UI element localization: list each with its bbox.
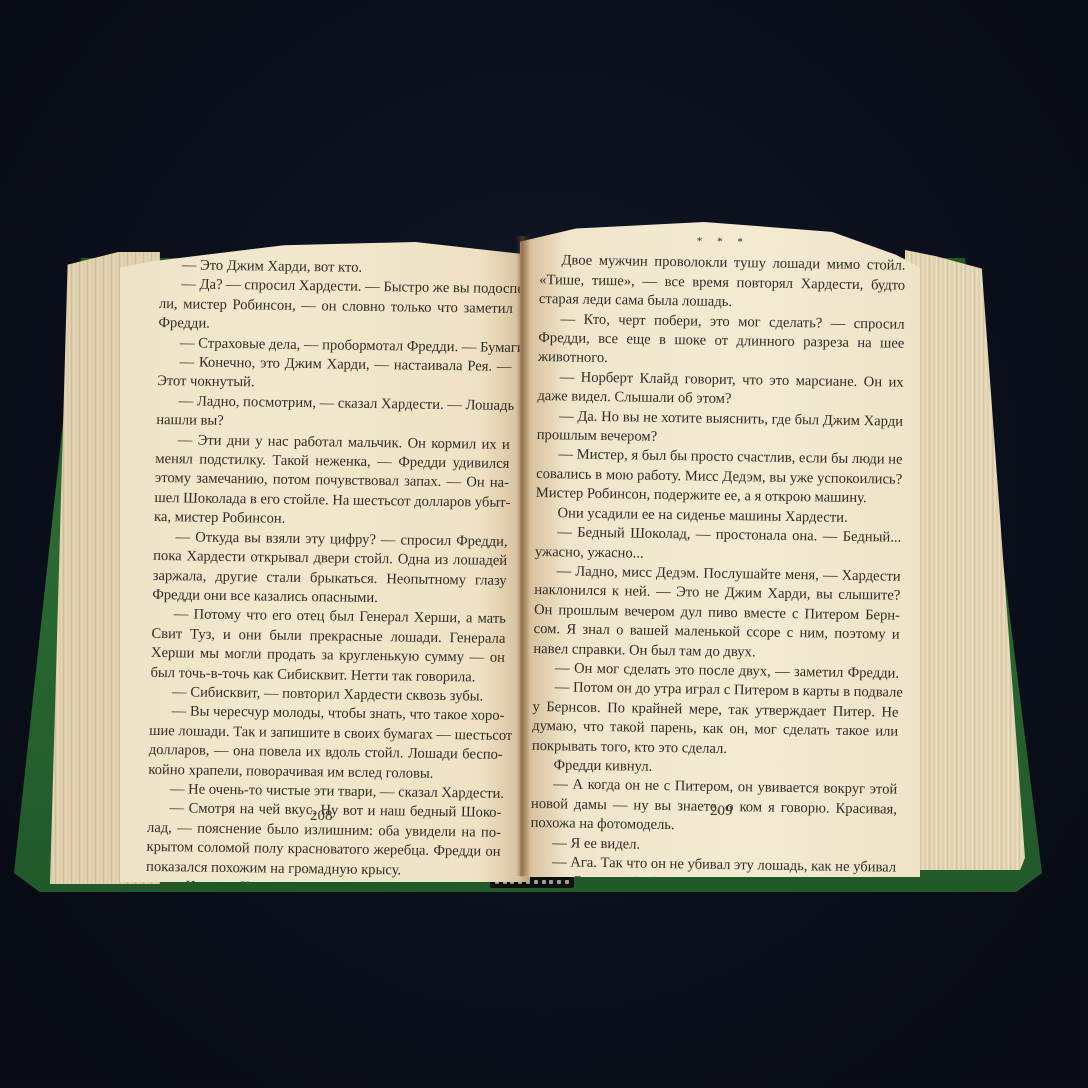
text-line: Слишком холодно для вас тут сидеть. Пойд… xyxy=(529,931,895,956)
right-page-number: 209 xyxy=(710,802,733,821)
text-line: зубами, как бритвы, — он пристально погл… xyxy=(529,892,895,917)
right-page: * * * Двое мужчин проволокли тушу лошади… xyxy=(520,222,920,877)
text-line: ся и начал разглядывать шею лошади. В со… xyxy=(145,896,499,920)
right-page-stack xyxy=(905,250,1025,870)
text-line: — Черт, — повторил он. — Ага, вижу. xyxy=(144,935,498,959)
photo-scene: — Это Джим Харди, вот кто.— Да? — спроси… xyxy=(0,0,1088,1088)
left-page-number: 208 xyxy=(310,807,333,826)
left-page: — Это Джим Харди, вот кто.— Да? — спроси… xyxy=(120,242,530,882)
text-line: ди и повернулся к Рее Дедэм. — Вы можете… xyxy=(529,911,895,936)
text-line: Фредди отступил на шаг. xyxy=(528,950,894,975)
text-line: Он рывком поднял голову Шоколада. xyxy=(144,954,498,978)
text-line: Рея Дедэм закричала. xyxy=(143,974,497,998)
book-gutter xyxy=(516,236,530,876)
text-line: заржала лошадь, и шериф едва не упал. xyxy=(145,916,499,940)
right-page-text: * * * Двое мужчин проволокли тушу лошади… xyxy=(528,230,906,975)
